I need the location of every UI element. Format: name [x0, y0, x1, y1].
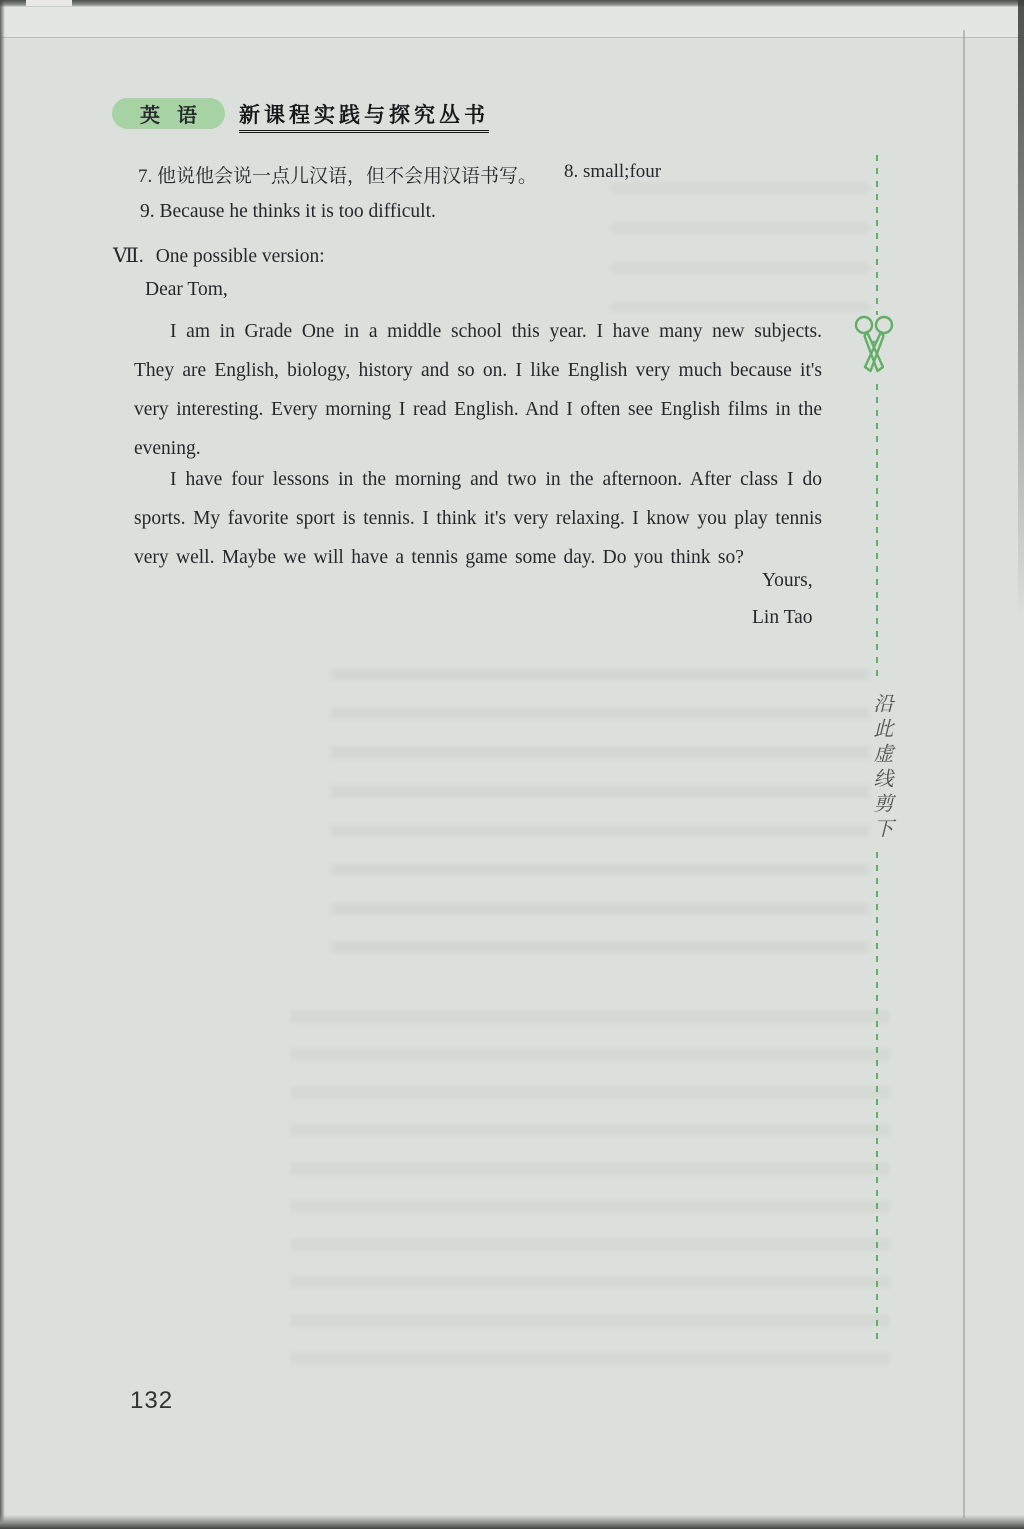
- scissors-icon: [852, 312, 896, 383]
- print-bleedthrough: [330, 668, 870, 968]
- letter-closing: Yours,: [762, 570, 813, 592]
- scan-edge-right: [1018, 0, 1024, 620]
- answer-item-8: 8. small;four: [564, 161, 661, 188]
- section-7-label: One possible version:: [156, 246, 325, 267]
- letter-paragraph-2: I have four lessons in the morning and t…: [134, 460, 822, 577]
- scan-edge-top: [0, 0, 1024, 7]
- print-bleedthrough: [290, 1010, 890, 1380]
- letter-paragraph-1: I am in Grade One in a middle school thi…: [134, 312, 822, 468]
- cut-dashed-line-bottom: [876, 852, 878, 1342]
- page-crease-line: [963, 30, 965, 1518]
- scan-edge-left: [0, 0, 5, 1529]
- page-fold-strip: [0, 7, 1024, 38]
- letter-salutation: Dear Tom,: [145, 279, 228, 301]
- cut-guide-label: 沿此虚线剪下: [858, 688, 896, 848]
- print-bleedthrough: [610, 182, 870, 312]
- scanned-book-page: 英 语 新课程实践与探究丛书 7. 他说他会说一点儿汉语，但不会用汉语书写。 8…: [0, 0, 1024, 1529]
- scan-edge-bottom: [0, 1515, 1024, 1529]
- scan-edge-notch: [26, 0, 72, 6]
- series-title: 新课程实践与探究丛书: [239, 99, 489, 133]
- cut-dashed-line-top: [876, 155, 878, 315]
- subject-badge: 英 语: [112, 98, 225, 129]
- answer-line-7-8: 7. 他说他会说一点儿汉语，但不会用汉语书写。 8. small;four: [138, 161, 661, 188]
- answer-item-9: 9. Because he thinks it is too difficult…: [140, 201, 436, 223]
- section-7-heading: Ⅶ. One possible version:: [113, 243, 325, 268]
- letter-signature: Lin Tao: [752, 607, 813, 629]
- answer-item-7: 7. 他说他会说一点儿汉语，但不会用汉语书写。: [138, 161, 537, 188]
- subject-badge-label: 英 语: [134, 99, 203, 128]
- page-number: 132: [130, 1387, 173, 1415]
- section-7-numeral: Ⅶ.: [113, 245, 144, 267]
- cut-dashed-line-middle: [876, 384, 878, 678]
